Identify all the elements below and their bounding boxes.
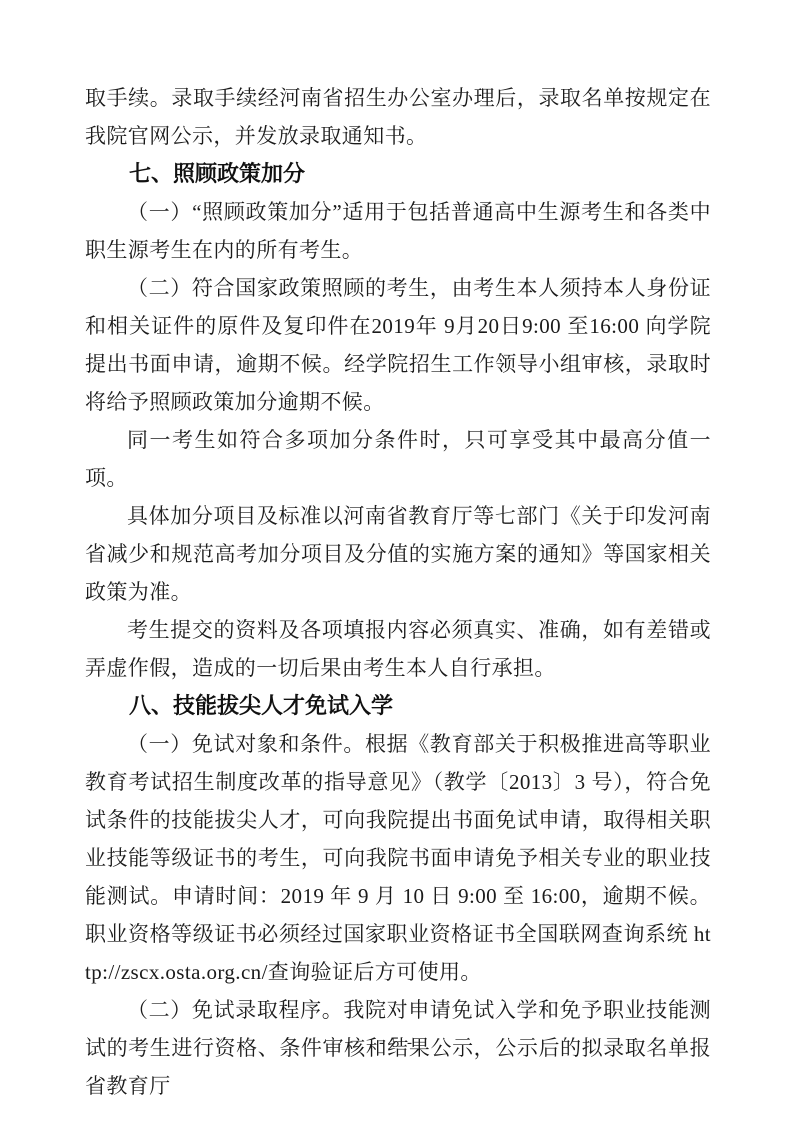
page-number: - 5 - [0, 1035, 793, 1052]
paragraph-truthful-materials: 考生提交的资料及各项填报内容必须真实、准确，如有差错或弄虚作假，造成的一切后果由… [85, 611, 711, 687]
heading-section-8-exemption-admission: 八、技能拔尖人才免试入学 [85, 687, 711, 725]
document-body: 取手续。录取手续经河南省招生办公室办理后，录取名单按规定在我院官网公示，并发放录… [85, 79, 711, 1105]
paragraph-7-2-bonus-application: （二）符合国家政策照顾的考生，由考生本人须持本人身份证和相关证件的原件及复印件在… [85, 269, 711, 421]
heading-section-7-bonus-policy: 七、照顾政策加分 [85, 155, 711, 193]
document-page: 取手续。录取手续经河南省招生办公室办理后，录取名单按规定在我院官网公示，并发放录… [0, 0, 793, 1122]
paragraph-7-1-bonus-applicability: （一）“照顾政策加分”适用于包括普通高中生源考生和各类中职生源考生在内的所有考生… [85, 193, 711, 269]
paragraph-8-1-exemption-conditions: （一）免试对象和条件。根据《教育部关于积极推进高等职业教育考试招生制度改革的指导… [85, 725, 711, 991]
paragraph-bonus-standards-reference: 具体加分项目及标准以河南省教育厅等七部门《关于印发河南省减少和规范高考加分项目及… [85, 497, 711, 611]
paragraph-highest-bonus-only: 同一考生如符合多项加分条件时，只可享受其中最高分值一项。 [85, 421, 711, 497]
paragraph-admission-procedure-continuation: 取手续。录取手续经河南省招生办公室办理后，录取名单按规定在我院官网公示，并发放录… [85, 79, 711, 155]
